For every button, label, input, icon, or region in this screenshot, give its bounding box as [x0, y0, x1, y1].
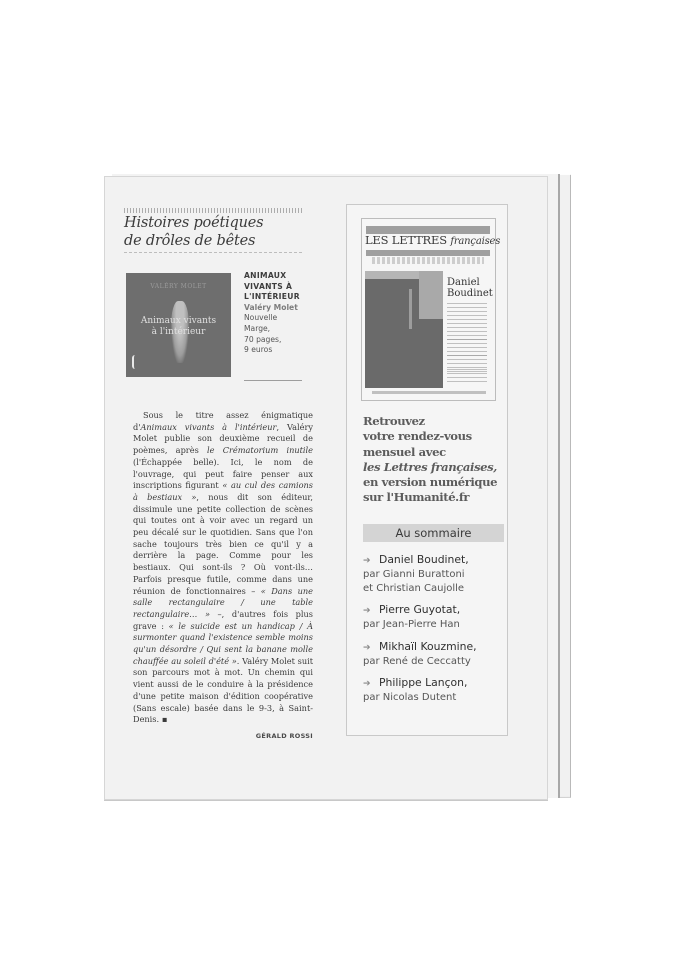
table-of-contents: ➔Daniel Boudinet, par Gianni Burattoni e… — [363, 553, 513, 713]
cover-title: Animaux vivants à l'intérieur — [126, 316, 231, 338]
toc-item: ➔Pierre Guyotat, par Jean-Pierre Han — [363, 603, 513, 632]
book-author: Valéry Molet — [244, 303, 314, 314]
toc-item: ➔Philippe Lançon, par Nicolas Dutent — [363, 676, 513, 705]
book-title-1: ANIMAUX — [244, 271, 314, 282]
book-pages: 70 pages, — [244, 335, 314, 346]
book-info: ANIMAUX VIVANTS À L'INTÉRIEUR Valéry Mol… — [244, 271, 314, 356]
kicker-rule — [124, 208, 302, 213]
article-headline: Histoires poétiques de drôles de bêtes — [124, 214, 314, 250]
book-price: 9 euros — [244, 345, 314, 356]
magazine-cover-photo — [365, 271, 443, 388]
book-title-2: VIVANTS À — [244, 282, 314, 293]
sommaire-heading: Au sommaire — [363, 524, 504, 542]
arrow-right-icon: ➔ — [363, 678, 377, 691]
toc-item: ➔Daniel Boudinet, par Gianni Burattoni e… — [363, 553, 513, 595]
promo-link[interactable]: sur l'Humanité.fr — [363, 490, 513, 505]
masthead-subline — [372, 257, 484, 264]
article-byline: GÉRALD ROSSI — [240, 732, 313, 740]
masthead-band-bottom — [366, 250, 490, 256]
magazine-cover-headline: Daniel Boudinet — [447, 277, 493, 299]
article-paragraph: Sous le titre assez énigmatique d'Animau… — [133, 410, 313, 726]
book-cover-image: VALÉRY MOLET Animaux vivants à l'intérie… — [126, 273, 231, 377]
magazine-footer — [372, 391, 486, 394]
cover-text-lines — [447, 303, 487, 321]
book-publisher-1: Nouvelle — [244, 313, 314, 324]
cover-author: VALÉRY MOLET — [126, 283, 231, 290]
magazine-masthead: LES LETTRES françaises — [365, 233, 493, 247]
magazine-cover: LES LETTRES françaises Daniel Boudinet — [361, 218, 496, 401]
headline-line-1: Histoires poétiques — [124, 214, 314, 232]
article-body: Sous le titre assez énigmatique d'Animau… — [133, 410, 313, 726]
headline-rule — [124, 252, 302, 253]
toc-item: ➔Mikhaïl Kouzmine, par René de Ceccatty — [363, 640, 513, 669]
book-title-3: L'INTÉRIEUR — [244, 292, 314, 303]
publisher-logo-icon — [132, 355, 140, 369]
cover-text-lines — [447, 369, 487, 383]
book-publisher-2: Marge, — [244, 324, 314, 335]
arrow-right-icon: ➔ — [363, 605, 377, 618]
book-info-rule — [244, 380, 302, 381]
promo-title: Retrouvez votre rendez-vous mensuel avec… — [363, 414, 513, 506]
arrow-right-icon: ➔ — [363, 642, 377, 655]
headline-line-2: de drôles de bêtes — [124, 232, 314, 250]
arrow-right-icon: ➔ — [363, 555, 377, 568]
